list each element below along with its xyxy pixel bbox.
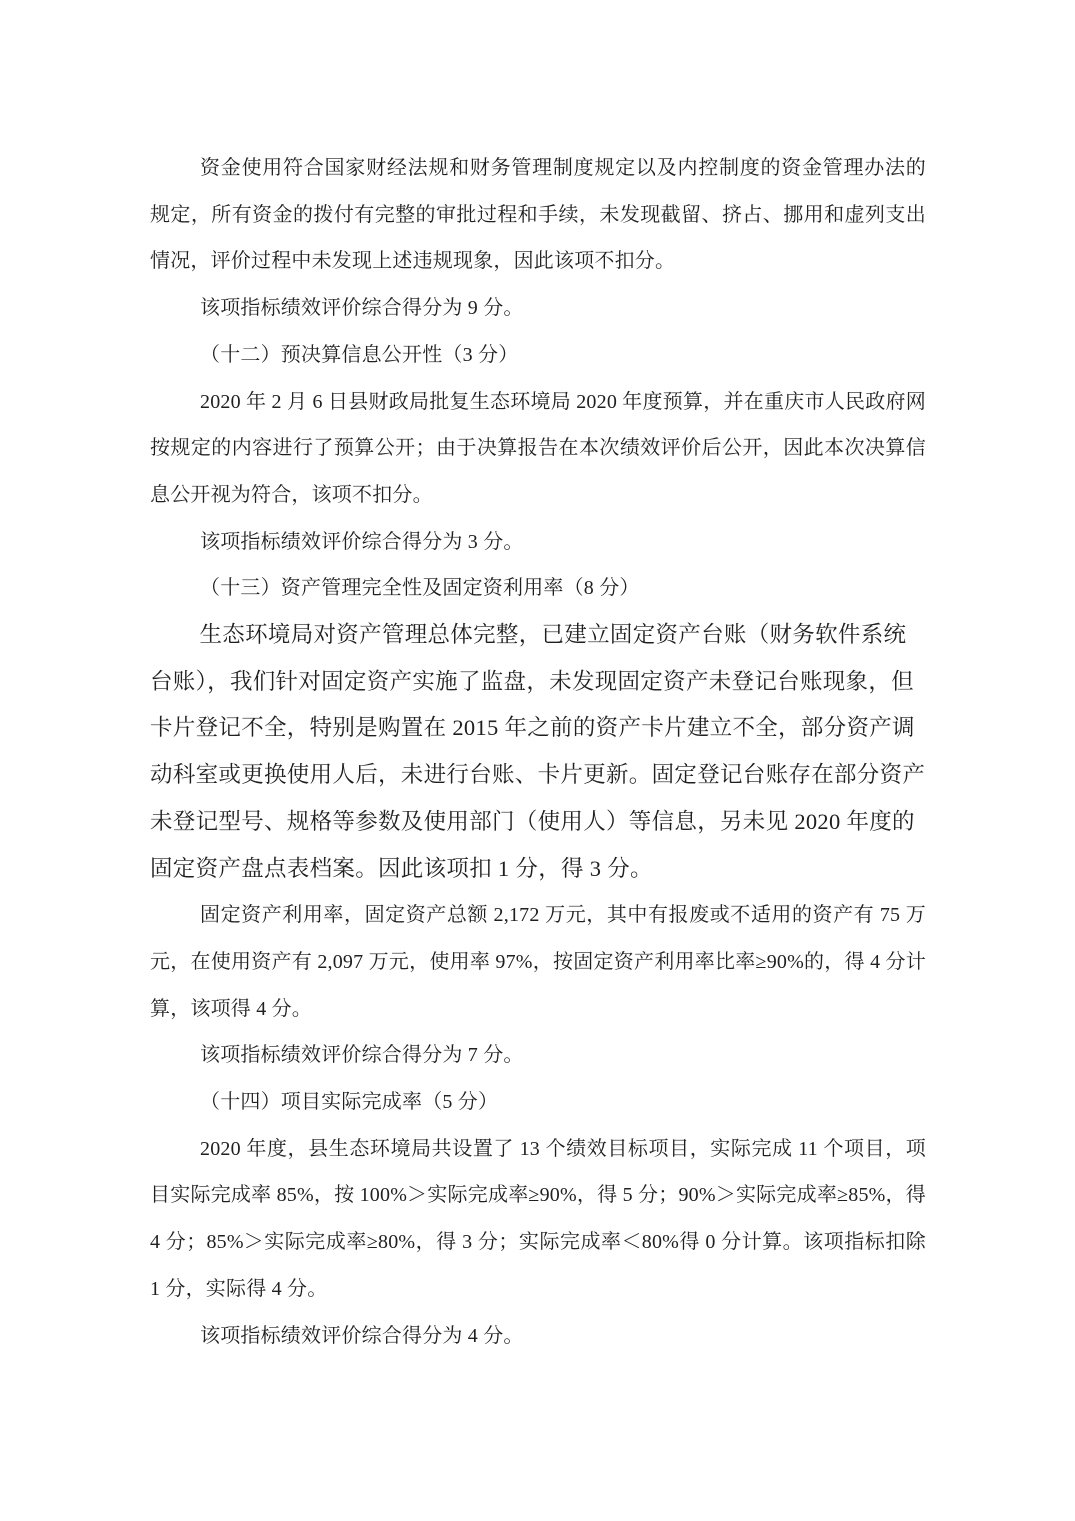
section-heading-12-budget-disclosure: （十二）预决算信息公开性（3 分） — [150, 332, 926, 379]
score-summary-3: 该项指标绩效评价综合得分为 3 分。 — [150, 519, 926, 566]
paragraph-budget-disclosure-detail: 2020 年 2 月 6 日县财政局批复生态环境局 2020 年度预算，并在重庆… — [150, 379, 926, 519]
paragraph-asset-management-detail: 生态环境局对资产管理总体完整，已建立固定资产台账（财务软件系统台账），我们针对固… — [150, 612, 926, 892]
document-body: 资金使用符合国家财经法规和财务管理制度规定以及内控制度的资金管理办法的规定，所有… — [150, 145, 926, 1359]
score-summary-4: 该项指标绩效评价综合得分为 4 分。 — [150, 1313, 926, 1360]
score-summary-9: 该项指标绩效评价综合得分为 9 分。 — [150, 285, 926, 332]
document-page: 资金使用符合国家财经法规和财务管理制度规定以及内控制度的资金管理办法的规定，所有… — [0, 0, 1075, 1521]
paragraph-fixed-asset-utilization: 固定资产利用率，固定资产总额 2,172 万元，其中有报废或不适用的资产有 75… — [150, 892, 926, 1032]
score-summary-7: 该项指标绩效评价综合得分为 7 分。 — [150, 1032, 926, 1079]
section-heading-14-project-completion: （十四）项目实际完成率（5 分） — [150, 1079, 926, 1126]
section-heading-13-asset-management: （十三）资产管理完全性及固定资利用率（8 分） — [150, 565, 926, 612]
paragraph-fund-usage-compliance: 资金使用符合国家财经法规和财务管理制度规定以及内控制度的资金管理办法的规定，所有… — [150, 145, 926, 285]
paragraph-project-completion-detail: 2020 年度，县生态环境局共设置了 13 个绩效目标项目，实际完成 11 个项… — [150, 1126, 926, 1313]
